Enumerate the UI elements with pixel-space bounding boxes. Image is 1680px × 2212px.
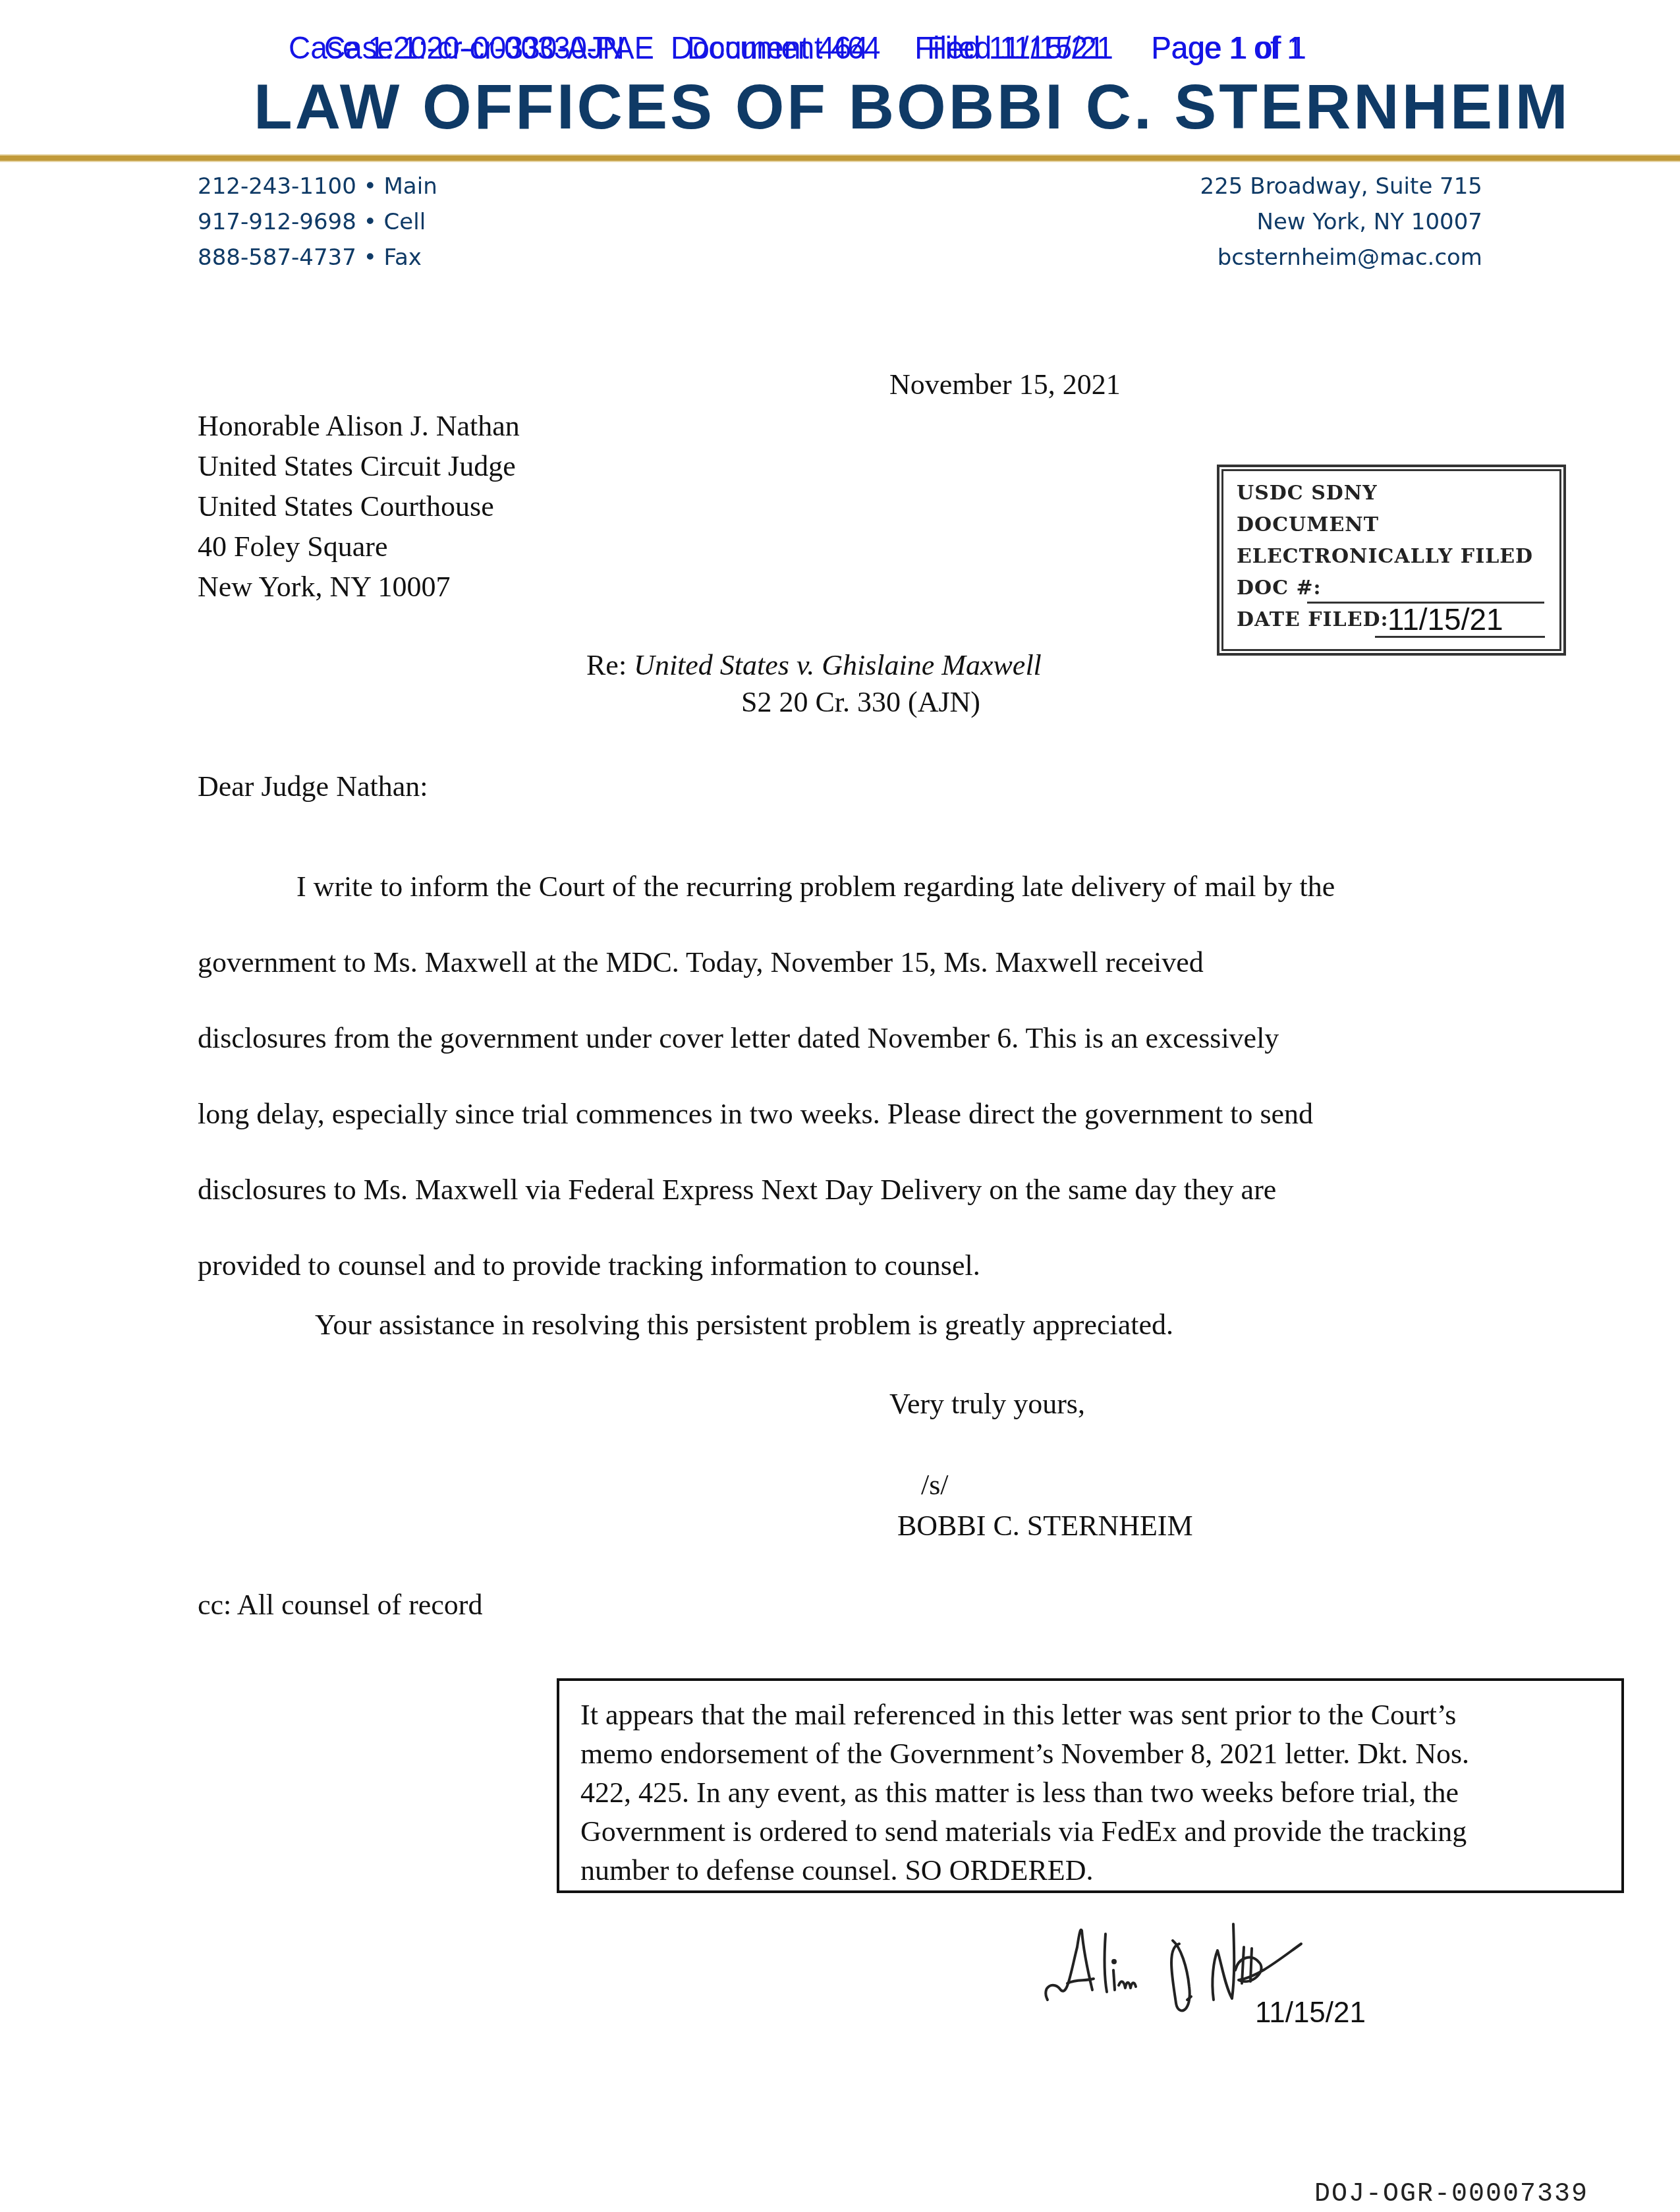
recipient-line: 40 Foley Square [198,526,520,567]
recipient-line: United States Courthouse [198,486,520,526]
street-address: 225 Broadway, Suite 715 [1200,169,1482,204]
stamp-date-value: 11/15/21 [1387,602,1503,637]
letterhead-rule [0,156,1680,161]
recipient-line: Honorable Alison J. Nathan [198,406,520,446]
stamp-court: USDC SDNY [1237,482,1378,505]
body-paragraph-1: I write to inform the Court of the recur… [198,849,1335,1303]
re-label: Re: [586,649,634,681]
endorsement-line: 422, 425. In any event, as this matter i… [580,1773,1608,1812]
stamp-date-underline [1375,636,1545,638]
phone-fax: 888-587-4737 • Fax [198,240,437,275]
office-address: 225 Broadway, Suite 715 New York, NY 100… [1200,169,1482,275]
ecf-filed-date: Filed 11/15/21 [927,29,1113,69]
electronic-signature: /s/ [921,1468,949,1502]
body-line: I write to inform the Court of the recur… [198,849,1335,924]
re-case-name: United States v. Ghislaine Maxwell [634,649,1042,681]
body-line: government to Ms. Maxwell at the MDC. To… [198,924,1335,1000]
letter-date: November 15, 2021 [889,368,1121,401]
endorsement-line: It appears that the mail referenced in t… [580,1695,1608,1734]
stamp-efiled: ELECTRONICALLY FILED [1237,545,1533,568]
re-line: Re: United States v. Ghislaine Maxwell S… [586,647,1042,721]
body-paragraph-2: Your assistance in resolving this persis… [315,1308,1173,1342]
ecf-page-count: Page 1 of 1 [1151,29,1303,69]
city-state-zip: New York, NY 10007 [1200,204,1482,240]
endorsement-line: number to defense counsel. SO ORDERED. [580,1851,1608,1890]
phone-main: 212-243-1100 • Main [198,169,437,204]
body-line: disclosures to Ms. Maxwell via Federal E… [198,1152,1335,1228]
endorsement-date: 11/15/21 [1255,1997,1366,2029]
firm-name: LAW OFFICES OF BOBBI C. STERNHEIM [254,71,1472,144]
phone-list: 212-243-1100 • Main 917-912-9698 • Cell … [198,169,437,275]
sdny-filing-stamp: USDC SDNY DOCUMENT ELECTRONICALLY FILED … [1217,465,1566,656]
body-line: long delay, especially since trial comme… [198,1076,1335,1152]
phone-cell: 917-912-9698 • Cell [198,204,437,240]
email-address: bcsternheim@mac.com [1200,240,1482,275]
stamp-document: DOCUMENT [1237,513,1379,536]
salutation: Dear Judge Nathan: [198,770,428,803]
cc-line: cc: All counsel of record [198,1588,483,1622]
ecf-header-stamp-overprint: Case 1:20-cr-00330-PAE Document 464 File… [324,29,1303,69]
memo-endorsement-box: It appears that the mail referenced in t… [557,1678,1624,1893]
closing: Very truly yours, [889,1387,1085,1421]
re-case-number: S2 20 Cr. 330 (AJN) [586,684,1042,721]
recipient-line: New York, NY 10007 [198,567,520,607]
recipient-address: Honorable Alison J. Nathan United States… [198,406,520,607]
endorsement-line: memo endorsement of the Government’s Nov… [580,1734,1608,1773]
stamp-doc-label: DOC #: [1237,577,1322,600]
endorsement-line: Government is ordered to send materials … [580,1812,1608,1851]
stamp-date-label: DATE FILED: [1237,608,1389,631]
signer-name: BOBBI C. STERNHEIM [897,1509,1193,1543]
ecf-case-number: Case 1:20-cr-00330-PAE [324,29,654,69]
recipient-line: United States Circuit Judge [198,446,520,486]
body-line: provided to counsel and to provide track… [198,1228,1335,1303]
ecf-document-number: Document 464 [687,29,880,69]
bates-number: DOJ-OGR-00007339 [1314,2180,1588,2209]
body-line: disclosures from the government under co… [198,1000,1335,1076]
